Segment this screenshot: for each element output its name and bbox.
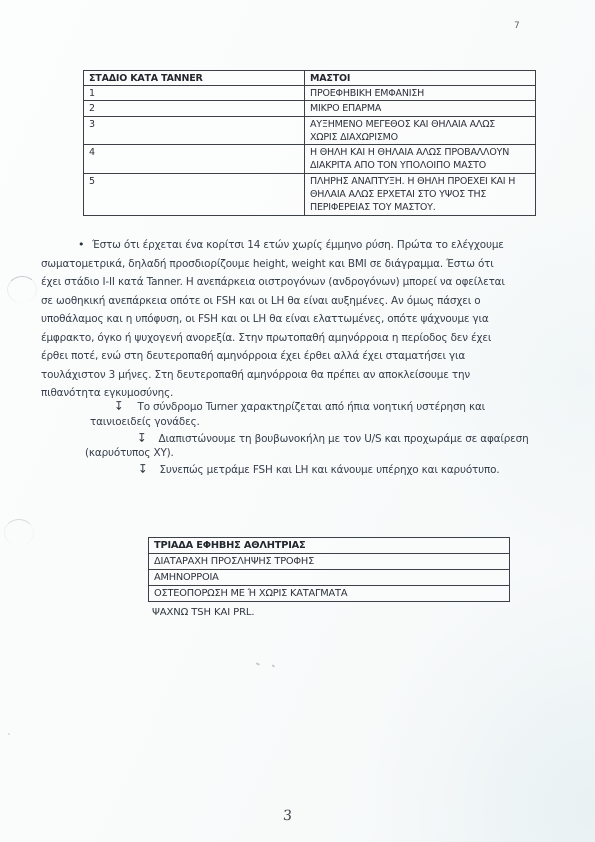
list-item: ↧Διαπιστώνουμε τη βουβωνοκήλη με τον U/S… — [41, 431, 551, 447]
punch-hole-mark — [6, 275, 37, 304]
description-cell: ΠΛΗΡΗΣ ΑΝΑΠΤΥΞΗ. Η ΘΗΛΗ ΠΡΟΕΧΕΙ ΚΑΙ Η ΘΗ… — [305, 174, 536, 216]
triad-row-cell: ΟΣΤΕΟΠΟΡΩΣΗ ΜΕ Ή ΧΩΡΙΣ ΚΑΤΑΓΜΑΤΑ — [149, 586, 510, 602]
description-line: ΘΗΛΑΙΑ ΑΛΩΣ ΕΡΧΕΤΑΙ ΣΤΟ ΥΨΟΣ ΤΗΣ — [310, 188, 531, 201]
description-line: ΠΛΗΡΗΣ ΑΝΑΠΤΥΞΗ. Η ΘΗΛΗ ΠΡΟΕΧΕΙ ΚΑΙ Η — [310, 175, 531, 188]
bullet-dot-icon: • — [78, 236, 92, 255]
paragraph-line: έχει στάδιο I-II κατά Tanner. Η ανεπάρκε… — [41, 273, 541, 292]
triad-row-cell: ΑΜΗΝΟΡΡΟΙΑ — [149, 570, 510, 586]
paragraph-line: σε ωοθηκική ανεπάρκεια οπότε οι FSH και … — [41, 292, 541, 311]
table-header-row: ΣΤΑΔΙΟ ΚΑΤΑ TANNER ΜΑΣΤΟΙ — [84, 71, 536, 86]
tsh-prl-note: ΨΑΧΝΩ TSH ΚΑΙ PRL. — [152, 606, 254, 620]
bullet-paragraph: •Έστω ότι έρχεται ένα κορίτσι 14 ετών χω… — [41, 236, 541, 403]
triad-header: ΤΡΙΑΔΑ ΕΦΗΒΗΣ ΑΘΛΗΤΡΙΑΣ — [149, 538, 510, 554]
scanned-document-page: 7 ΣΤΑΔΙΟ ΚΑΤΑ TANNER ΜΑΣΤΟΙ 1 ΠΡΟΕΦΗΒΙΚΗ… — [0, 0, 595, 842]
stage-cell: 3 — [84, 116, 305, 144]
table-row: 1 ΠΡΟΕΦΗΒΙΚΗ ΕΜΦΑΝΙΣΗ — [84, 86, 536, 101]
description-cell: ΑΥΞΗΜΕΝΟ ΜΕΓΕΘΟΣ ΚΑΙ ΘΗΛΑΙΑ ΑΛΩΣ ΧΩΡΙΣ Δ… — [305, 116, 536, 144]
table-row: 3 ΑΥΞΗΜΕΝΟ ΜΕΓΕΘΟΣ ΚΑΙ ΘΗΛΑΙΑ ΑΛΩΣ ΧΩΡΙΣ… — [84, 116, 536, 144]
description-cell: ΠΡΟΕΦΗΒΙΚΗ ΕΜΦΑΝΙΣΗ — [305, 86, 536, 101]
scan-speck — [272, 664, 275, 667]
stage-cell: 2 — [84, 101, 305, 116]
down-arrow-bullet-icon: ↧ — [137, 430, 147, 447]
paragraph-line: έμφρακτο, όγκο ή ψυχογενή ανορεξία. Στην… — [41, 329, 541, 348]
paragraph-line: σωματομετρικά, δηλαδή προσδιορίζουμε hei… — [41, 255, 541, 274]
description-cell: ΜΙΚΡΟ ΕΠΑΡΜΑ — [305, 101, 536, 116]
paragraph-text: Έστω ότι έρχεται ένα κορίτσι 14 ετών χωρ… — [92, 239, 504, 251]
description-line: ΠΡΟΕΦΗΒΙΚΗ ΕΜΦΑΝΙΣΗ — [310, 87, 531, 100]
triad-row-cell: ΔΙΑΤΑΡΑΧΗ ΠΡΟΣΛΗΨΗΣ ΤΡΟΦΗΣ — [149, 554, 510, 570]
table-row: ΟΣΤΕΟΠΟΡΩΣΗ ΜΕ Ή ΧΩΡΙΣ ΚΑΤΑΓΜΑΤΑ — [149, 586, 510, 602]
list-item-text: Διαπιστώνουμε τη βουβωνοκήλη με τον U/S … — [159, 433, 529, 445]
tanner-stages-table: ΣΤΑΔΙΟ ΚΑΤΑ TANNER ΜΑΣΤΟΙ 1 ΠΡΟΕΦΗΒΙΚΗ Ε… — [83, 70, 536, 216]
paragraph-line: έρθει ποτέ, ενώ στη δευτεροπαθή αμηνόρρο… — [41, 347, 541, 366]
stage-cell: 5 — [84, 174, 305, 216]
athlete-triad-table: ΤΡΙΑΔΑ ΕΦΗΒΗΣ ΑΘΛΗΤΡΙΑΣ ΔΙΑΤΑΡΑΧΗ ΠΡΟΣΛΗ… — [148, 537, 510, 602]
page-number-top: 7 — [514, 21, 520, 31]
table-row: ΑΜΗΝΟΡΡΟΙΑ — [149, 570, 510, 586]
list-item-continuation: (καρυότυπος ΧΥ). — [41, 446, 551, 462]
description-line: ΔΙΑΚΡΙΤΑ ΑΠΟ ΤΟΝ ΥΠΟΛΟΙΠΟ ΜΑΣΤΟ — [310, 159, 531, 172]
down-arrow-bullet-icon: ↧ — [114, 399, 124, 416]
punch-hole-mark — [4, 518, 35, 546]
description-line: ΑΥΞΗΜΕΝΟ ΜΕΓΕΘΟΣ ΚΑΙ ΘΗΛΑΙΑ ΑΛΩΣ — [310, 118, 531, 131]
down-arrow-bullet-icon: ↧ — [138, 462, 148, 479]
stage-cell: 4 — [84, 145, 305, 174]
arrow-bullet-list: ↧Το σύνδρομο Turner χαρακτηρίζεται από ή… — [41, 399, 551, 478]
table-header-row: ΤΡΙΑΔΑ ΕΦΗΒΗΣ ΑΘΛΗΤΡΙΑΣ — [149, 538, 510, 554]
list-item-continuation: ταινιοειδείς γονάδες. — [41, 415, 551, 431]
tanner-header-breast: ΜΑΣΤΟΙ — [305, 71, 536, 86]
list-item-text: Συνεπώς μετράμε FSH και LH και κάνουμε υ… — [160, 464, 500, 476]
list-item-text: Το σύνδρομο Turner χαρακτηρίζεται από ήπ… — [138, 401, 486, 413]
description-cell: Η ΘΗΛΗ ΚΑΙ Η ΘΗΛΑΙΑ ΑΛΩΣ ΠΡΟΒΑΛΛΟΥΝ ΔΙΑΚ… — [305, 145, 536, 174]
paragraph-line: τουλάχιστον 3 μήνες. Στη δευτεροπαθή αμη… — [41, 366, 541, 385]
scan-speck — [256, 662, 260, 665]
list-item: ↧Συνεπώς μετράμε FSH και LH και κάνουμε … — [41, 462, 551, 478]
stage-cell: 1 — [84, 86, 305, 101]
description-line: ΧΩΡΙΣ ΔΙΑΧΩΡΙΣΜΟ — [310, 131, 531, 144]
paragraph-line: υποθάλαμος και η υπόφυση, οι FSH και οι … — [41, 310, 541, 329]
paragraph-line: •Έστω ότι έρχεται ένα κορίτσι 14 ετών χω… — [41, 236, 541, 255]
description-line: ΠΕΡΙΦΕΡΕΙΑΣ ΤΟΥ ΜΑΣΤΟΥ. — [310, 201, 531, 214]
table-row: ΔΙΑΤΑΡΑΧΗ ΠΡΟΣΛΗΨΗΣ ΤΡΟΦΗΣ — [149, 554, 510, 570]
table-row: 5 ΠΛΗΡΗΣ ΑΝΑΠΤΥΞΗ. Η ΘΗΛΗ ΠΡΟΕΧΕΙ ΚΑΙ Η … — [84, 174, 536, 216]
table-row: 2 ΜΙΚΡΟ ΕΠΑΡΜΑ — [84, 101, 536, 116]
description-line: Η ΘΗΛΗ ΚΑΙ Η ΘΗΛΑΙΑ ΑΛΩΣ ΠΡΟΒΑΛΛΟΥΝ — [310, 146, 531, 159]
table-row: 4 Η ΘΗΛΗ ΚΑΙ Η ΘΗΛΑΙΑ ΑΛΩΣ ΠΡΟΒΑΛΛΟΥΝ ΔΙ… — [84, 145, 536, 174]
list-item: ↧Το σύνδρομο Turner χαρακτηρίζεται από ή… — [41, 399, 551, 415]
page-number-bottom: 3 — [282, 808, 292, 824]
scan-speck — [8, 733, 10, 735]
description-line: ΜΙΚΡΟ ΕΠΑΡΜΑ — [310, 102, 531, 115]
tanner-header-stage: ΣΤΑΔΙΟ ΚΑΤΑ TANNER — [84, 71, 305, 86]
